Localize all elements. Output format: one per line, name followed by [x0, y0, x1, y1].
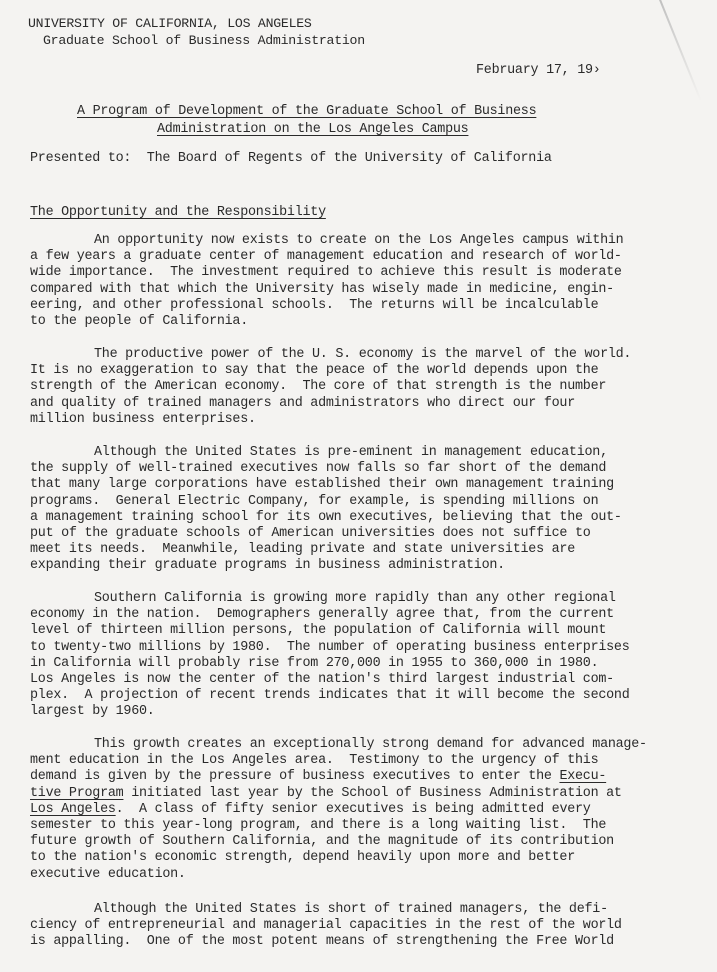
- letterhead-school: Graduate School of Business Administrati…: [43, 33, 365, 49]
- paragraph-line: meet its needs. Meanwhile, leading priva…: [30, 542, 670, 558]
- letterhead-institution: UNIVERSITY OF CALIFORNIA, LOS ANGELES: [28, 16, 312, 32]
- paragraph-line: to twenty-two millions by 1980. The numb…: [30, 640, 670, 656]
- paragraph-line: The productive power of the U. S. econom…: [30, 347, 670, 363]
- document-page: UNIVERSITY OF CALIFORNIA, LOS ANGELES Gr…: [0, 0, 717, 972]
- paragraph-line: Los Angeles is now the center of the nat…: [30, 672, 670, 688]
- paragraph: Although the United States is pre-eminen…: [30, 445, 670, 575]
- document-title-line-1: A Program of Development of the Graduate…: [77, 104, 536, 120]
- paragraph-line: in California will probably rise from 27…: [30, 656, 670, 672]
- presented-to: Presented to: The Board of Regents of th…: [30, 151, 552, 167]
- paragraph-line: million business enterprises.: [30, 412, 670, 428]
- paragraph-line: largest by 1960.: [30, 704, 670, 720]
- paragraph-line: expanding their graduate programs in bus…: [30, 558, 670, 574]
- paragraph-line: ciency of entrepreneurial and managerial…: [30, 918, 670, 934]
- paragraph-line: It is no exaggeration to say that the pe…: [30, 363, 670, 379]
- paragraph-line: strength of the American economy. The co…: [30, 379, 670, 395]
- paragraph: Southern California is growing more rapi…: [30, 591, 670, 721]
- paragraph-line: to the nation's economic strength, depen…: [30, 850, 670, 866]
- paragraph-line: future growth of Southern California, an…: [30, 834, 670, 850]
- paragraph-line: economy in the nation. Demographers gene…: [30, 607, 670, 623]
- paragraph-line: tive Program initiated last year by the …: [30, 786, 670, 802]
- paragraph-line: semester to this year-long program, and …: [30, 818, 670, 834]
- paragraph-line: compared with that which the University …: [30, 282, 670, 298]
- paragraph-line: executive education.: [30, 867, 670, 883]
- paragraph-line: eering, and other professional schools. …: [30, 298, 670, 314]
- paragraph-line: programs. General Electric Company, for …: [30, 494, 670, 510]
- paragraph-line: This growth creates an exceptionally str…: [30, 737, 670, 753]
- paragraph-line: Los Angeles. A class of fifty senior exe…: [30, 802, 670, 818]
- paragraph-line: An opportunity now exists to create on t…: [30, 233, 670, 249]
- paragraph-line: Although the United States is short of t…: [30, 902, 670, 918]
- paragraph-line: a management training school for its own…: [30, 510, 670, 526]
- paragraph-line: a few years a graduate center of managem…: [30, 249, 670, 265]
- paragraph: This growth creates an exceptionally str…: [30, 737, 670, 883]
- paragraph-line: Southern California is growing more rapi…: [30, 591, 670, 607]
- paragraph-line: and quality of trained managers and admi…: [30, 396, 670, 412]
- document-date: February 17, 19›: [476, 63, 601, 79]
- paper-fold-mark: [655, 0, 702, 101]
- paragraph-line: plex. A projection of recent trends indi…: [30, 688, 670, 704]
- paragraph-line: demand is given by the pressure of busin…: [30, 769, 670, 785]
- paragraph: The productive power of the U. S. econom…: [30, 347, 670, 428]
- section-heading: The Opportunity and the Responsibility: [30, 205, 326, 221]
- paragraph: An opportunity now exists to create on t…: [30, 233, 670, 330]
- paragraph: Although the United States is short of t…: [30, 902, 670, 951]
- paragraph-line: wide importance. The investment required…: [30, 265, 670, 281]
- paragraph-line: Although the United States is pre-eminen…: [30, 445, 670, 461]
- paragraph-line: level of thirteen million persons, the p…: [30, 623, 670, 639]
- paragraph-line: the supply of well-trained executives no…: [30, 461, 670, 477]
- paragraph-line: put of the graduate schools of American …: [30, 526, 670, 542]
- document-title-line-2: Administration on the Los Angeles Campus: [157, 122, 468, 138]
- paragraph-line: is appalling. One of the most potent mea…: [30, 934, 670, 950]
- paragraph-line: to the people of California.: [30, 314, 670, 330]
- paragraph-line: ment education in the Los Angeles area. …: [30, 753, 670, 769]
- paragraph-line: that many large corporations have establ…: [30, 477, 670, 493]
